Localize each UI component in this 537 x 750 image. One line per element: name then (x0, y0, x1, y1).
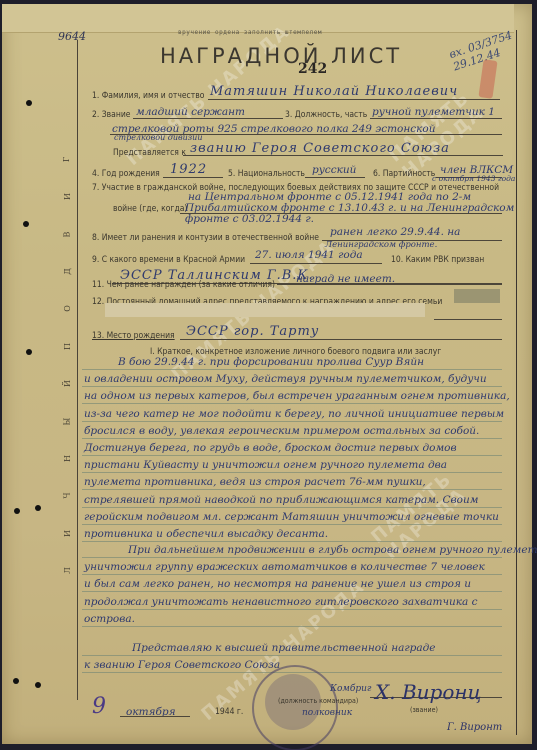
narrative-line: пристани Куйвасту и уничтожил огнем ручн… (84, 459, 447, 471)
narrative-line: и был сам легко ранен, но несмотря на ра… (84, 578, 471, 590)
ruled-line (82, 609, 502, 610)
ruled-line (82, 557, 502, 558)
signature-name: Г. Виронт (447, 722, 502, 733)
ruled-line (82, 455, 502, 456)
narrative-line: бросился в воду, увлекая героическим при… (84, 425, 479, 437)
narrative-line: геройским подвигом мл. сержант Матяшин у… (84, 511, 499, 523)
margin-letter: П (62, 343, 71, 350)
margin-letter: Й (62, 380, 71, 387)
field-8-value: ранен легко 29.9.44. на (330, 226, 460, 238)
field-6-note: с октября 1943 года (432, 174, 515, 183)
narrative-line: При дальнейшем продвижении в глубь остро… (128, 544, 537, 556)
field-3-line (370, 118, 502, 119)
field-4-label: 4. Год рождения (92, 169, 160, 179)
narrative-line: В бою 29.9.44 г. при форсировании пролив… (118, 356, 424, 368)
date-day: 9 (92, 694, 106, 719)
field-1-line (208, 99, 500, 100)
field-7-label-2: войне (где, когда) (113, 204, 187, 214)
margin-letter: И (62, 193, 71, 200)
narrative-line: на одном из первых катеров, был встречен… (84, 390, 510, 402)
field-2-line (133, 118, 283, 119)
field-12-line (434, 319, 502, 320)
ruled-line (82, 541, 502, 542)
field-10-label: 10. Каким РВК призван (391, 255, 484, 265)
commander-label: (должность командира) (278, 697, 358, 705)
redacted-address-2 (105, 303, 425, 317)
punch-hole (26, 349, 32, 355)
redacted-address (454, 289, 500, 303)
margin-letter: В (62, 231, 71, 237)
field-13-label: 13. Место рождения (92, 331, 175, 341)
ruled-line (82, 626, 502, 627)
top-print-line: вручение ордена заполнить штемпелем (178, 29, 322, 36)
ruled-line (82, 655, 502, 656)
narrative-line: и овладении островом Муху, действуя ручн… (84, 373, 487, 385)
field-1-value: Матяшин Николай Николаевич (210, 84, 458, 99)
date-year: 1944 г. (215, 707, 243, 717)
field-6-label: 6. Партийность (373, 169, 435, 179)
ruled-line (82, 591, 502, 592)
field-1-label: 1. Фамилия, имя и отчество (92, 91, 204, 101)
narrative-line: острова. (84, 613, 135, 625)
ruled-line (82, 489, 502, 490)
ruled-line (82, 386, 502, 387)
narrative-line: из-за чего катер не мог подойти к берегу… (84, 408, 504, 420)
field-8-label: 8. Имеет ли ранения и контузии в отечест… (92, 233, 319, 243)
narrative-line: стрелявшей прямой наводкой по приближающ… (84, 494, 478, 506)
narrative-line: противника и обеспечил высадку десанта. (84, 528, 328, 540)
field-3-value: ручной пулеметчик 1 (372, 106, 495, 118)
narrative-line: Достигнув берега, по грудь в воде, броск… (84, 442, 457, 454)
margin-letter: Ч (63, 493, 72, 499)
field-13-line (180, 339, 502, 340)
margin-rule (77, 40, 78, 700)
field-9-value: 27. июля 1941 года (255, 249, 363, 261)
ruled-line (82, 524, 502, 525)
field-5-label: 5. Национальность (228, 169, 305, 179)
narrative-line: к званию Героя Советского Союза (84, 659, 280, 671)
rank-label: (звание) (410, 706, 438, 714)
field-2-value: младший сержант (136, 106, 245, 118)
field-5-value: русский (312, 164, 356, 176)
field-5-line (305, 177, 365, 178)
nominated-value: званию Героя Советского Союза (190, 141, 450, 156)
ruled-line (82, 472, 502, 473)
narrative-line: пулемета противника, ведя из строя расче… (84, 476, 426, 488)
ruled-line (82, 438, 502, 439)
punch-hole (23, 221, 29, 227)
signature: Х. Виронц (375, 680, 482, 704)
narrative-line: Представляю к высшей правительственной н… (132, 642, 436, 654)
ruled-line (82, 421, 502, 422)
ruled-line (82, 369, 502, 370)
commander-value: Комбриг (330, 684, 371, 694)
margin-letter: Г (62, 157, 71, 162)
nominated-line (183, 155, 503, 156)
field-9-label: 9. С какого времени в Красной Армии (92, 255, 245, 265)
rank-value: полковник (302, 708, 352, 718)
field-11-label: 11. Чем ранее награжден (за какие отличи… (92, 280, 275, 290)
margin-letter: Ы (63, 417, 72, 425)
field-7-value-3: фронте с 03.02.1944 г. (185, 213, 314, 225)
margin-vertical-label: ГИВДОПЙЫНЧИЛ (60, 155, 74, 575)
field-4-line (163, 177, 223, 178)
narrative-line: продолжал уничтожать ненавистного гитлер… (84, 596, 478, 608)
margin-letter: О (63, 306, 72, 313)
field-13-value: ЭССР гор. Тарту (186, 324, 319, 339)
margin-letter: Н (62, 455, 71, 462)
punch-hole (35, 505, 41, 511)
field-4-value: 1922 (170, 162, 207, 177)
margin-letter: Д (62, 268, 71, 275)
ruled-line (82, 507, 502, 508)
field-3-label: 3. Должность, часть (285, 110, 367, 120)
ruled-line (82, 403, 502, 404)
field-9-line (250, 263, 382, 264)
page-title: НАГРАДНОЙ ЛИСТ (160, 44, 402, 68)
date-line (120, 716, 190, 717)
right-edge-rule (516, 30, 517, 735)
punch-hole (35, 682, 41, 688)
margin-letter: Л (63, 567, 72, 574)
ruled-line (82, 574, 502, 575)
field-11-line (277, 284, 502, 285)
field-2-label: 2. Звание (92, 110, 131, 120)
margin-letter: И (62, 530, 71, 537)
nominated-label: Представляется к (113, 148, 186, 158)
punch-hole (13, 678, 19, 684)
punch-hole (26, 100, 32, 106)
punch-hole (14, 508, 20, 514)
sheet-number: 242 (298, 61, 327, 77)
narrative-line: уничтожил группу вражеских автоматчиков … (84, 561, 485, 573)
corner-mark: 9644 (58, 30, 86, 43)
